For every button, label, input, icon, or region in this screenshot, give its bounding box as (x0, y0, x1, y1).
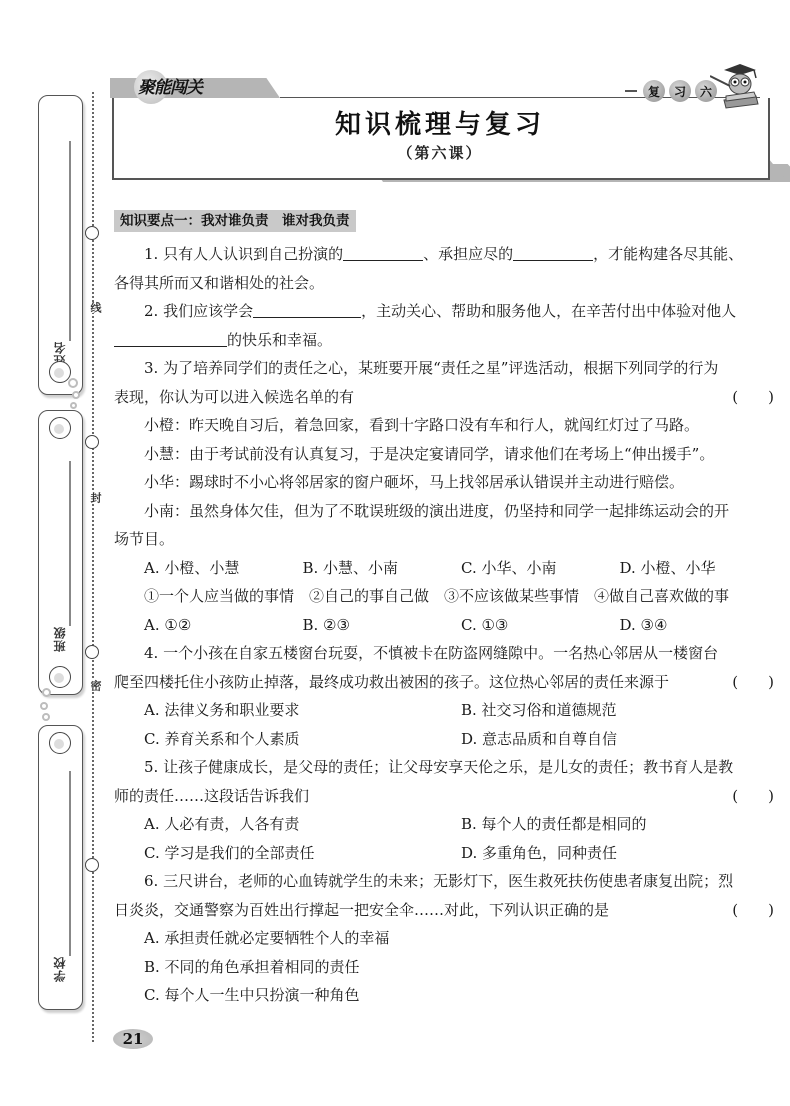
class-fill-line (69, 461, 71, 626)
bubble-decoration (68, 378, 78, 388)
answer-parentheses[interactable]: ( ) (732, 782, 774, 811)
option-c[interactable]: C. 养育关系和个人素质 (144, 725, 461, 754)
question-3-cont: 表现，你认为可以进入候选名单的有 ( ) (114, 383, 778, 412)
question-5-options-row1: A. 人必有责，人各有责 B. 每个人的责任都是相同的 (114, 810, 778, 839)
question-4-options-row1: A. 法律义务和职业要求 B. 社交习俗和道德规范 (114, 696, 778, 725)
logo-text: 聚能闯关 (138, 73, 202, 98)
page-title: 知识梳理与复习 (110, 104, 770, 141)
question-1-cont: 各得其所而又和谐相处的社会。 (114, 269, 778, 298)
answer-blank[interactable] (253, 300, 361, 318)
owl-mascot-icon (710, 62, 760, 110)
cut-word-xian: 线 (87, 302, 103, 313)
option-b[interactable]: B. 不同的角色承担着相同的责任 (114, 953, 778, 982)
question-2-cont: 的快乐和幸福。 (114, 326, 778, 355)
option-a[interactable]: A. 承担责任就必定要牺牲个人的幸福 (114, 924, 778, 953)
option-c[interactable]: C. ①③ (461, 611, 620, 640)
option-b[interactable]: B. 每个人的责任都是相同的 (461, 810, 778, 839)
ring-decoration (49, 666, 71, 688)
case-xiaonan-cont: 场节目。 (114, 525, 778, 554)
question-text: 师的责任……这段话告诉我们 (114, 787, 309, 805)
option-c[interactable]: C. 学习是我们的全部责任 (144, 839, 461, 868)
question-text: 的快乐和幸福。 (227, 331, 332, 349)
question-text: 2. 我们应该学会 (144, 302, 253, 320)
section-heading: 知识要点一：我对谁负责 谁对我负责 (114, 210, 356, 232)
question-text: 1. 只有人人认识到自己扮演的 (144, 245, 343, 263)
option-c[interactable]: C. 每个人一生中只扮演一种角色 (114, 981, 778, 1010)
option-c[interactable]: C. 小华、小南 (461, 554, 620, 583)
review-tags: 复 习 六 (625, 80, 717, 102)
school-fill-line (69, 771, 71, 956)
question-text: 表现，你认为可以进入候选名单的有 (114, 388, 354, 406)
answer-parentheses[interactable]: ( ) (732, 668, 774, 697)
worksheet-content: 知识要点一：我对谁负责 谁对我负责 1. 只有人人认识到自己扮演的、承担应尽的，… (114, 206, 778, 1010)
question-text: ，才能构建各尽其能、 (593, 245, 743, 263)
ring-decoration (49, 417, 71, 439)
question-4: 4. 一个小孩在自家五楼窗台玩耍，不慎被卡在防盗网缝隙中。一名热心邻居从一楼窗台 (114, 639, 778, 668)
cut-word-feng: 封 (87, 492, 103, 503)
question-text: 爬至四楼托住小孩防止掉落，最终成功救出被困的孩子。这位热心邻居的责任来源于 (114, 673, 669, 691)
question-5-options-row2: C. 学习是我们的全部责任 D. 多重角色，同种责任 (114, 839, 778, 868)
answer-blank[interactable] (114, 329, 227, 347)
punch-hole (85, 858, 99, 872)
question-5-cont: 师的责任……这段话告诉我们 ( ) (114, 782, 778, 811)
punch-hole (85, 645, 99, 659)
page-number: 21 (113, 1029, 153, 1049)
answer-blank[interactable] (343, 243, 423, 261)
bubble-decoration (42, 688, 51, 697)
review-tag: 复 (643, 80, 665, 102)
case-xiaohua: 小华：踢球时不小心将邻居家的窗户砸坏，马上找邻居承认错误并主动进行赔偿。 (114, 468, 778, 497)
school-field-box[interactable]: 学校 (38, 725, 83, 1010)
review-tag: 习 (669, 80, 691, 102)
option-a[interactable]: A. 小橙、小慧 (144, 554, 303, 583)
case-xiaohui: 小慧：由于考试前没有认真复习，于是决定宴请同学，请求他们在考场上“伸出援手”。 (114, 440, 778, 469)
page-header: 聚能闯关 复 习 六 知识梳理与复习 （第六课） (110, 70, 780, 190)
bubble-decoration (42, 713, 50, 721)
question-text: 、承担应尽的 (423, 245, 513, 263)
option-a[interactable]: A. 人必有责，人各有责 (144, 810, 461, 839)
bubble-decoration (72, 391, 80, 399)
statement-list: ①一个人应当做的事情 ②自己的事自己做 ③不应该做某些事情 ④做自己喜欢做的事 (114, 582, 778, 611)
question-5: 5. 让孩子健康成长，是父母的责任；让父母安享天伦之乐，是儿女的责任；教书育人是… (114, 753, 778, 782)
case-xiaonan: 小南：虽然身体欠佳，但为了不耽误班级的演出进度，仍坚持和同学一起排练运动会的开 (114, 497, 778, 526)
question-text: ，主动关心、帮助和服务他人，在辛苦付出中体验对他人 (361, 302, 736, 320)
question-2: 2. 我们应该学会，主动关心、帮助和服务他人，在辛苦付出中体验对他人 (114, 297, 778, 326)
bubble-decoration (40, 702, 48, 710)
answer-blank[interactable] (513, 243, 593, 261)
option-b[interactable]: B. 小慧、小南 (303, 554, 462, 583)
name-field-box[interactable]: 姓名 (38, 95, 83, 395)
case-xiaocheng: 小橙：昨天晚自习后，着急回家，看到十字路口没有车和行人，就闯红灯过了马路。 (114, 411, 778, 440)
question-text: 日炎炎，交通警察为百姓出行撑起一把安全伞……对此，下列认识正确的是 (114, 901, 609, 919)
question-6-cont: 日炎炎，交通警察为百姓出行撑起一把安全伞……对此，下列认识正确的是 ( ) (114, 896, 778, 925)
cut-word-mi: 密 (87, 680, 103, 691)
option-a[interactable]: A. ①② (144, 611, 303, 640)
ring-decoration (49, 732, 71, 754)
bubble-decoration (70, 402, 77, 409)
option-d[interactable]: D. 多重角色，同种责任 (461, 839, 778, 868)
question-4-cont: 爬至四楼托住小孩防止掉落，最终成功救出被困的孩子。这位热心邻居的责任来源于 ( … (114, 668, 778, 697)
option-d[interactable]: D. ③④ (620, 611, 779, 640)
school-label: 学校 (51, 956, 68, 982)
option-b[interactable]: B. 社交习俗和道德规范 (461, 696, 778, 725)
question-4-options-row2: C. 养育关系和个人素质 D. 意志品质和自尊自信 (114, 725, 778, 754)
option-d[interactable]: D. 意志品质和自尊自信 (461, 725, 778, 754)
answer-parentheses[interactable]: ( ) (732, 896, 774, 925)
question-1: 1. 只有人人认识到自己扮演的、承担应尽的，才能构建各尽其能、 (114, 240, 778, 269)
class-label: 班级 (51, 626, 68, 652)
question-3: 3. 为了培养同学们的责任之心，某班要开展“责任之星”评选活动，根据下列同学的行… (114, 354, 778, 383)
option-d[interactable]: D. 小橙、小华 (620, 554, 779, 583)
question-6: 6. 三尺讲台，老师的心血铸就学生的未来；无影灯下，医生救死扶伤使患者康复出院；… (114, 867, 778, 896)
class-field-box[interactable]: 班级 (38, 410, 83, 695)
tag-rule (625, 90, 637, 92)
page-subtitle: （第六课） (110, 142, 770, 163)
question-3-options: A. 小橙、小慧 B. 小慧、小南 C. 小华、小南 D. 小橙、小华 (114, 554, 778, 583)
name-fill-line (69, 141, 71, 341)
statement-options: A. ①② B. ②③ C. ①③ D. ③④ (114, 611, 778, 640)
punch-hole (85, 226, 99, 240)
punch-hole (85, 435, 99, 449)
answer-parentheses[interactable]: ( ) (732, 383, 774, 412)
option-a[interactable]: A. 法律义务和职业要求 (144, 696, 461, 725)
option-b[interactable]: B. ②③ (303, 611, 462, 640)
